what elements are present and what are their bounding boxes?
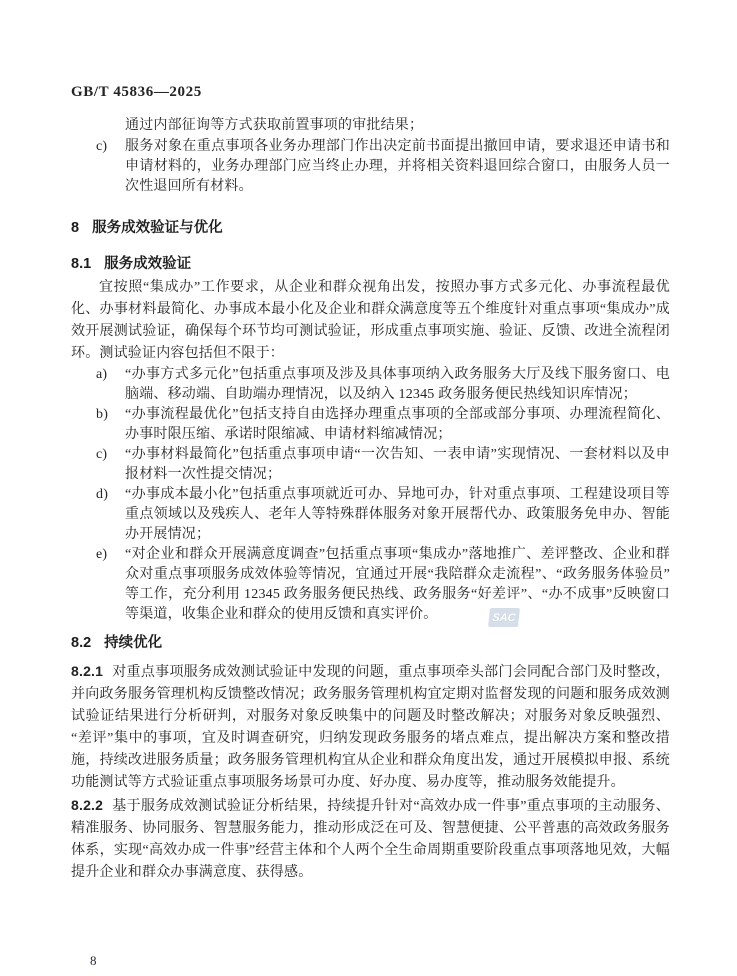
carryover-line: 通过内部征询等方式获取前置事项的审批结果； [71,116,670,137]
list-item-text: “办事流程最优化”包括支持自由选择办理重点事项的全部或部分事项、办理流程简化、办… [125,407,670,442]
list-item-label: c) [96,445,107,465]
clause-8-2-2-number: 8.2.2 [71,797,103,813]
list-item-text: “对企业和群众开展满意度调查”包括重点事项“集成办”落地推广、差评整改、企业和群… [125,547,670,622]
list-item-label: a) [96,365,107,385]
list-item-label: d) [96,485,108,505]
clause-8-2-1: 8.2.1对重点事项服务成效测试验证中发现的问题，重点事项牵头部门会同配合部门及… [71,660,670,794]
clause-8-2-1-text: 对重点事项服务成效测试验证中发现的问题，重点事项牵头部门会同配合部门及时整改，并… [71,665,670,790]
list-item-text: “办事方式多元化”包括重点事项及涉及具体事项纳入政务服务大厅及线下服务窗口、电脑… [125,367,670,402]
section-8-1-title: 服务成效验证 [104,255,191,273]
list-item-text: “办事材料最简化”包括重点事项申请“一次告知、一表申请”实现情况、一套材料以及申… [125,447,670,482]
section-8-1-heading: 8.1 服务成效验证 [71,255,670,273]
carryover-text-block: 通过内部征询等方式获取前置事项的审批结果； c) 服务对象在重点事项各业务办理部… [71,116,670,197]
list-item-text: “办事成本最小化”包括重点事项就近可办、异地可办，针对重点事项、工程建设项目等重… [125,487,670,542]
list-item: d) “办事成本最小化”包括重点事项就近可办、异地可办，针对重点事项、工程建设项… [71,485,670,545]
section-8-1-number: 8.1 [71,255,91,273]
list-item: c) “办事材料最简化”包括重点事项申请“一次告知、一表申请”实现情况、一套材料… [71,445,670,485]
section-8-2-title: 持续优化 [104,634,162,652]
list-item-label: c) [96,137,107,157]
sac-watermark-logo: SAC [488,608,520,627]
list-item-label: e) [96,545,107,565]
list-item-text: 服务对象在重点事项各业务办理部门作出决定前书面提出撤回申请，要求退还申请书和申请… [125,139,670,194]
list-item: e) “对企业和群众开展满意度调查”包括重点事项“集成办”落地推广、差评整改、企… [71,545,670,625]
clause-8-2-1-number: 8.2.1 [71,663,103,679]
page-content: GB/T 45836—2025 通过内部征询等方式获取前置事项的审批结果； c)… [71,84,670,884]
section-8-title: 服务成效验证与优化 [92,219,223,237]
section-8-2-number: 8.2 [71,634,91,652]
list-item-label: b) [96,405,108,425]
section-8-1-paragraph: 宜按照“集成办”工作要求，从企业和群众视角出发，按照办事方式多元化、办事流程最优… [71,277,670,365]
section-8-number: 8 [71,219,79,237]
standard-number-header: GB/T 45836—2025 [71,84,670,100]
page-number: 8 [90,953,97,969]
section-8-2-heading: 8.2 持续优化 [71,634,670,652]
section-8-1-item-list: a) “办事方式多元化”包括重点事项及涉及具体事项纳入政务服务大厅及线下服务窗口… [71,365,670,625]
list-item: c) 服务对象在重点事项各业务办理部门作出决定前书面提出撤回申请，要求退还申请书… [71,137,670,197]
clause-8-2-2: 8.2.2基于服务成效测试验证分析结果，持续提升针对“高效办成一件事”重点事项的… [71,794,670,884]
list-item: a) “办事方式多元化”包括重点事项及涉及具体事项纳入政务服务大厅及线下服务窗口… [71,365,670,405]
clause-8-2-2-text: 基于服务成效测试验证分析结果，持续提升针对“高效办成一件事”重点事项的主动服务、… [71,799,670,880]
list-item: b) “办事流程最优化”包括支持自由选择办理重点事项的全部或部分事项、办理流程简… [71,405,670,445]
section-8-heading: 8 服务成效验证与优化 [71,219,670,237]
document-page: GB/T 45836—2025 通过内部征询等方式获取前置事项的审批结果； c)… [0,0,737,976]
